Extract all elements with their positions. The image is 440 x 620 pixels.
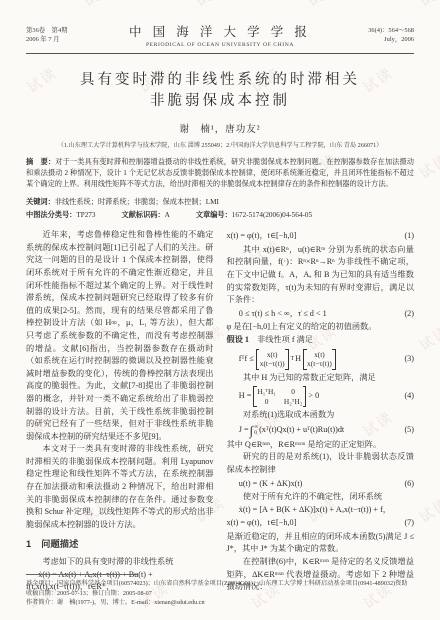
vector-cell: x(t) bbox=[260, 350, 285, 360]
section-1-number: 1 bbox=[26, 539, 31, 549]
assumption-1-label: 假设 1 bbox=[227, 335, 250, 344]
footnote-funding: 基金项目：国家自然科学基金项目(60574023)；山东省自然科学基金项目(Z2… bbox=[26, 579, 414, 589]
matrix-cell: 0 bbox=[284, 387, 303, 397]
equation-3-lhs: fᵀf ≤ bbox=[227, 353, 254, 366]
equation-6: u(t) = (K + ΔK)x(t) (6) bbox=[227, 478, 415, 491]
body-columns: 近年来，考虑鲁棒稳定性和鲁棒性能的不确定系统的保成本控制问题[1]已引起了人们的… bbox=[26, 229, 414, 594]
equation-7-number: (7) bbox=[401, 517, 414, 530]
paragraph-initial-function: φ 是在[−h,0]上有定义的给定的初值函数。 bbox=[227, 321, 415, 334]
clc-segment: 中图法分类号：TP273 bbox=[26, 210, 96, 220]
state-vector-matrix-right: x(t) x(t−τ(t)) bbox=[303, 349, 336, 370]
footnote-author-bio: 作者简介：谢 楠(1977-)，男，博士。E-mail：xienan@sdut.… bbox=[26, 598, 414, 608]
paragraph-contribution: 本文对于一类具有变时滞的非线性系统，研究时滞相关的非脆弱保成本控制问题。利用 L… bbox=[26, 443, 214, 531]
equation-1-formula: x(t) = φ(t)，t∈[−h,0] bbox=[227, 230, 402, 243]
left-column: 近年来，考虑鲁棒稳定性和鲁棒性能的不确定系统的保成本控制问题[1]已引起了人们的… bbox=[26, 229, 214, 594]
paper-title-line2: 非脆弱保成本控制 bbox=[26, 91, 414, 112]
equation-5-body: (xᵀ(t)Qx(t) + uᵀ(t)Ru(t))dt bbox=[259, 424, 344, 437]
paragraph-intro: 近年来，考虑鲁棒稳定性和鲁棒性能的不确定系统的保成本控制问题[1]已引起了人们的… bbox=[26, 229, 214, 443]
volume-issue: 第36卷 第4期 bbox=[26, 26, 104, 35]
matrix-cell: H₂ᵀH₂ bbox=[284, 397, 303, 407]
equation-5-number: (5) bbox=[401, 424, 414, 437]
doc-code: A bbox=[165, 211, 170, 219]
transpose-superscript: T bbox=[291, 353, 295, 366]
section-1-title: 问题描述 bbox=[41, 539, 78, 549]
classification-line: 中图法分类号：TP273 文献标识码：A 文章编号：1672-5174(2006… bbox=[26, 210, 414, 220]
equation-4-number: (4) bbox=[401, 390, 414, 403]
journal-name-block: 中 国 海 洋 大 学 学 报 PERIODICAL OF OCEAN UNIV… bbox=[104, 22, 336, 48]
equation-2: 0 ≤ τ(t) ≤ h < ∞，τ̇ ≤ d < 1 (2) bbox=[227, 308, 415, 321]
clc-label: 中图法分类号： bbox=[26, 211, 76, 219]
equation-2-number: (2) bbox=[401, 308, 414, 321]
equation-7-line1: ẋ(t) = [A + B(K + ΔK)]x(t) + Aₐx(t−τ(t))… bbox=[227, 504, 415, 517]
article-id-segment: 文章编号：1672-5174(2006)04-564-05 bbox=[196, 210, 312, 220]
journal-name-en: PERIODICAL OF OCEAN UNIVERSITY OF CHINA bbox=[104, 42, 336, 48]
article-id: 1672-5174(2006)04-564-05 bbox=[232, 211, 312, 219]
vector-cell: x(t−τ(t)) bbox=[260, 359, 285, 369]
footnote: 基金项目：国家自然科学基金项目(60574023)；山东省自然科学基金项目(Z2… bbox=[26, 574, 414, 608]
article-id-label: 文章编号： bbox=[196, 211, 232, 219]
equation-5-pre: J = bbox=[227, 424, 249, 437]
equation-4-rhs: > 0 bbox=[308, 390, 319, 403]
paragraph-H-matrix: 其中 H 为已知的常数正定矩阵，满足 bbox=[227, 372, 415, 385]
footnote-dates: 收稿日期：2005-07-13；修订日期：2005-08-07 bbox=[26, 589, 414, 599]
equation-7: x(t) = φ(t)，t∈[−h,0] (7) bbox=[227, 517, 415, 530]
journal-name-cn: 中 国 海 洋 大 学 学 报 bbox=[104, 22, 336, 40]
paper-title: 具有变时滞的非线性系统的时滞相关 非脆弱保成本控制 bbox=[26, 70, 414, 112]
header-citation-info: 36(4)：564～568 July，2006 bbox=[336, 26, 414, 44]
vector-cell: x(t) bbox=[307, 350, 332, 360]
keywords-label: 关键词： bbox=[26, 198, 55, 206]
integral-glyph: ∫ bbox=[250, 424, 254, 437]
right-column: x(t) = φ(t)，t∈[−h,0] (1) 其中 x(t)∈Rⁿ，u(t)… bbox=[227, 229, 415, 594]
equation-1-number: (1) bbox=[401, 230, 414, 243]
citation-pages: 36(4)：564～568 bbox=[336, 26, 414, 35]
paper-page: 第36卷 第4期 2006 年 7 月 中 国 海 洋 大 学 学 报 PERI… bbox=[0, 0, 440, 620]
paragraph-cost-function: 对系统(1)选取成本函数为 bbox=[227, 409, 415, 422]
equation-3-H: H bbox=[295, 353, 301, 366]
keywords-line: 关键词：非线性系统；时滞系统；非脆弱；保成本控制；LMI bbox=[26, 197, 414, 208]
equation-7-formula: x(t) = φ(t)，t∈[−h,0] bbox=[227, 517, 402, 530]
vector-cell: x(t−τ(t)) bbox=[307, 359, 332, 369]
abstract-text: 对于一类具有变时滞和控制器增益摄动的非线性系统，研究非脆弱保成本控制问题。在控制… bbox=[26, 158, 414, 188]
H-block-matrix: H₁ᵀH₁ 0 0 H₂ᵀH₂ bbox=[253, 386, 306, 407]
affiliation: （1.山东理工大学计算机科学与技术学院，山东 淄博 255049；2.中国海洋大… bbox=[26, 140, 414, 149]
clc-code: TP273 bbox=[76, 211, 95, 219]
paragraph-system-intro: 考虑如下的具有变时滞的非线性系统 bbox=[26, 556, 214, 569]
abstract-label: 摘 要： bbox=[26, 158, 55, 166]
publish-date-en: July，2006 bbox=[336, 35, 414, 44]
journal-header: 第36卷 第4期 2006 年 7 月 中 国 海 洋 大 学 学 报 PERI… bbox=[26, 22, 414, 54]
equation-5: J = ∫ ∞ 0 (xᵀ(t)Qx(t) + uᵀ(t)Ru(t))dt (5… bbox=[227, 424, 415, 437]
keywords-text: 非线性系统；时滞系统；非脆弱；保成本控制；LMI bbox=[55, 198, 219, 206]
paragraph-design-goal: 研究的目的是对系统(1)，设计非脆弱状态反馈保成本控制律 bbox=[227, 451, 415, 476]
equation-1: x(t) = φ(t)，t∈[−h,0] (1) bbox=[227, 230, 415, 243]
paragraph-QR-matrices: 其中 Q∈Rⁿˣⁿ，R∈Rᵐˣᵐ 是给定的正定矩阵。 bbox=[227, 439, 415, 452]
doc-code-label: 文献标识码： bbox=[122, 211, 165, 219]
integral-lower-limit: 0 bbox=[254, 430, 258, 436]
paragraph-notation: 其中 x(t)∈Rⁿ，u(t)∈Rᵐ 分别为系统的状态向量和控制向量，f(·)：… bbox=[227, 244, 415, 307]
equation-6-formula: u(t) = (K + ΔK)x(t) bbox=[227, 478, 402, 491]
equation-4-lhs: H = bbox=[227, 390, 252, 403]
state-vector-matrix-left: x(t) x(t−τ(t)) bbox=[256, 349, 289, 370]
integral-sign: ∫ ∞ 0 bbox=[250, 424, 258, 437]
equation-2-formula: 0 ≤ τ(t) ≤ h < ∞，τ̇ ≤ d < 1 bbox=[227, 308, 402, 321]
assumption-1-text: 非线性项 f 满足 bbox=[257, 335, 313, 344]
paper-title-line1: 具有变时滞的非线性系统的时滞相关 bbox=[26, 70, 414, 91]
equation-3: fᵀf ≤ x(t) x(t−τ(t)) T H x(t) x(t−τ(t)) … bbox=[227, 349, 415, 370]
authors: 谢 楠¹，唐功友² bbox=[26, 121, 414, 135]
header-issue-info: 第36卷 第4期 2006 年 7 月 bbox=[26, 26, 104, 44]
equation-4: H = H₁ᵀH₁ 0 0 H₂ᵀH₂ > 0 (4) bbox=[227, 386, 415, 407]
doc-code-segment: 文献标识码：A bbox=[122, 210, 170, 220]
assumption-1: 假设 1非线性项 f 满足 bbox=[227, 334, 415, 347]
equation-6-number: (6) bbox=[401, 478, 414, 491]
section-1-heading: 1问题描述 bbox=[26, 538, 214, 551]
matrix-cell: H₁ᵀH₁ bbox=[257, 387, 276, 397]
equation-3-number: (3) bbox=[401, 353, 414, 366]
matrix-cell: 0 bbox=[257, 397, 276, 407]
paragraph-stability: 是渐近稳定的，并且相应的闭环成本函数(5)满足 J ≤ J*，其中 J* 为某个… bbox=[227, 531, 415, 556]
abstract: 摘 要：对于一类具有变时滞和控制器增益摄动的非线性系统，研究非脆弱保成本控制问题… bbox=[26, 157, 414, 189]
paragraph-closed-loop: 使对于所有允许的不确定性，闭环系统 bbox=[227, 491, 415, 504]
publish-date-cn: 2006 年 7 月 bbox=[26, 35, 104, 44]
